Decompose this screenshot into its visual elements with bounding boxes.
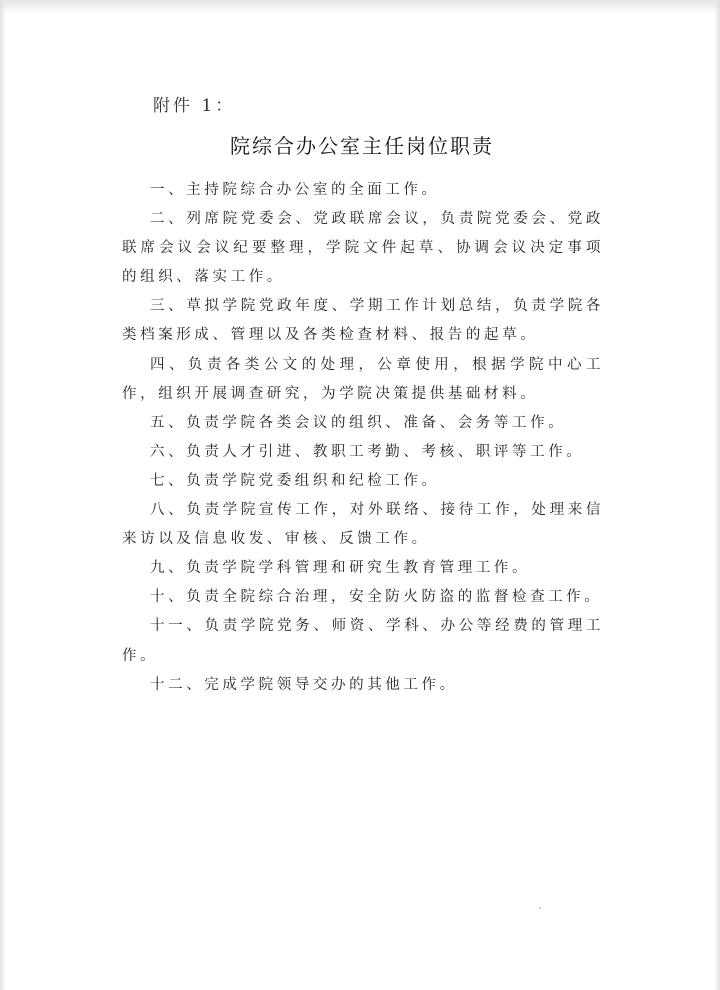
duty-item-1: 一、主持院综合办公室的全面工作。 — [122, 176, 604, 205]
attachment-label: 附件 1： — [153, 91, 235, 116]
duty-item-12: 十二、完成学院领导交办的其他工作。 — [122, 671, 604, 700]
duty-item-10: 十、负责全院综合治理，安全防火防盗的监督检查工作。 — [122, 583, 604, 612]
duty-item-4: 四、负责各类公文的处理，公章使用，根据学院中心工作，组织开展调查研究，为学院决策… — [122, 351, 604, 409]
duty-item-11: 十一、负责学院党务、师资、学科、办公等经费的管理工作。 — [122, 612, 604, 670]
duty-item-3: 三、草拟学院党政年度、学期工作计划总结，负责学院各类档案形成、管理以及各类检查材… — [122, 292, 604, 350]
duty-item-9: 九、负责学院学科管理和研究生教育管理工作。 — [122, 554, 604, 583]
duty-item-6: 六、负责人才引进、教职工考勤、考核、职评等工作。 — [122, 438, 604, 467]
document-title: 院综合办公室主任岗位职责 — [0, 130, 720, 159]
document-page: 附件 1： 院综合办公室主任岗位职责 一、主持院综合办公室的全面工作。 二、列席… — [0, 0, 720, 990]
duty-item-2: 二、列席院党委会、党政联席会议，负责院党委会、党政联席会议会议纪要整理，学院文件… — [122, 205, 604, 292]
page-top-shadow — [0, 0, 720, 14]
duty-item-8: 八、负责学院宣传工作，对外联络、接待工作，处理来信来访以及信息收发、审核、反馈工… — [122, 496, 604, 554]
document-body: 一、主持院综合办公室的全面工作。 二、列席院党委会、党政联席会议，负责院党委会、… — [122, 176, 604, 700]
duty-item-7: 七、负责学院党委组织和纪检工作。 — [122, 467, 604, 496]
duty-item-5: 五、负责学院各类会议的组织、准备、会务等工作。 — [122, 409, 604, 438]
scan-speck — [539, 907, 541, 909]
